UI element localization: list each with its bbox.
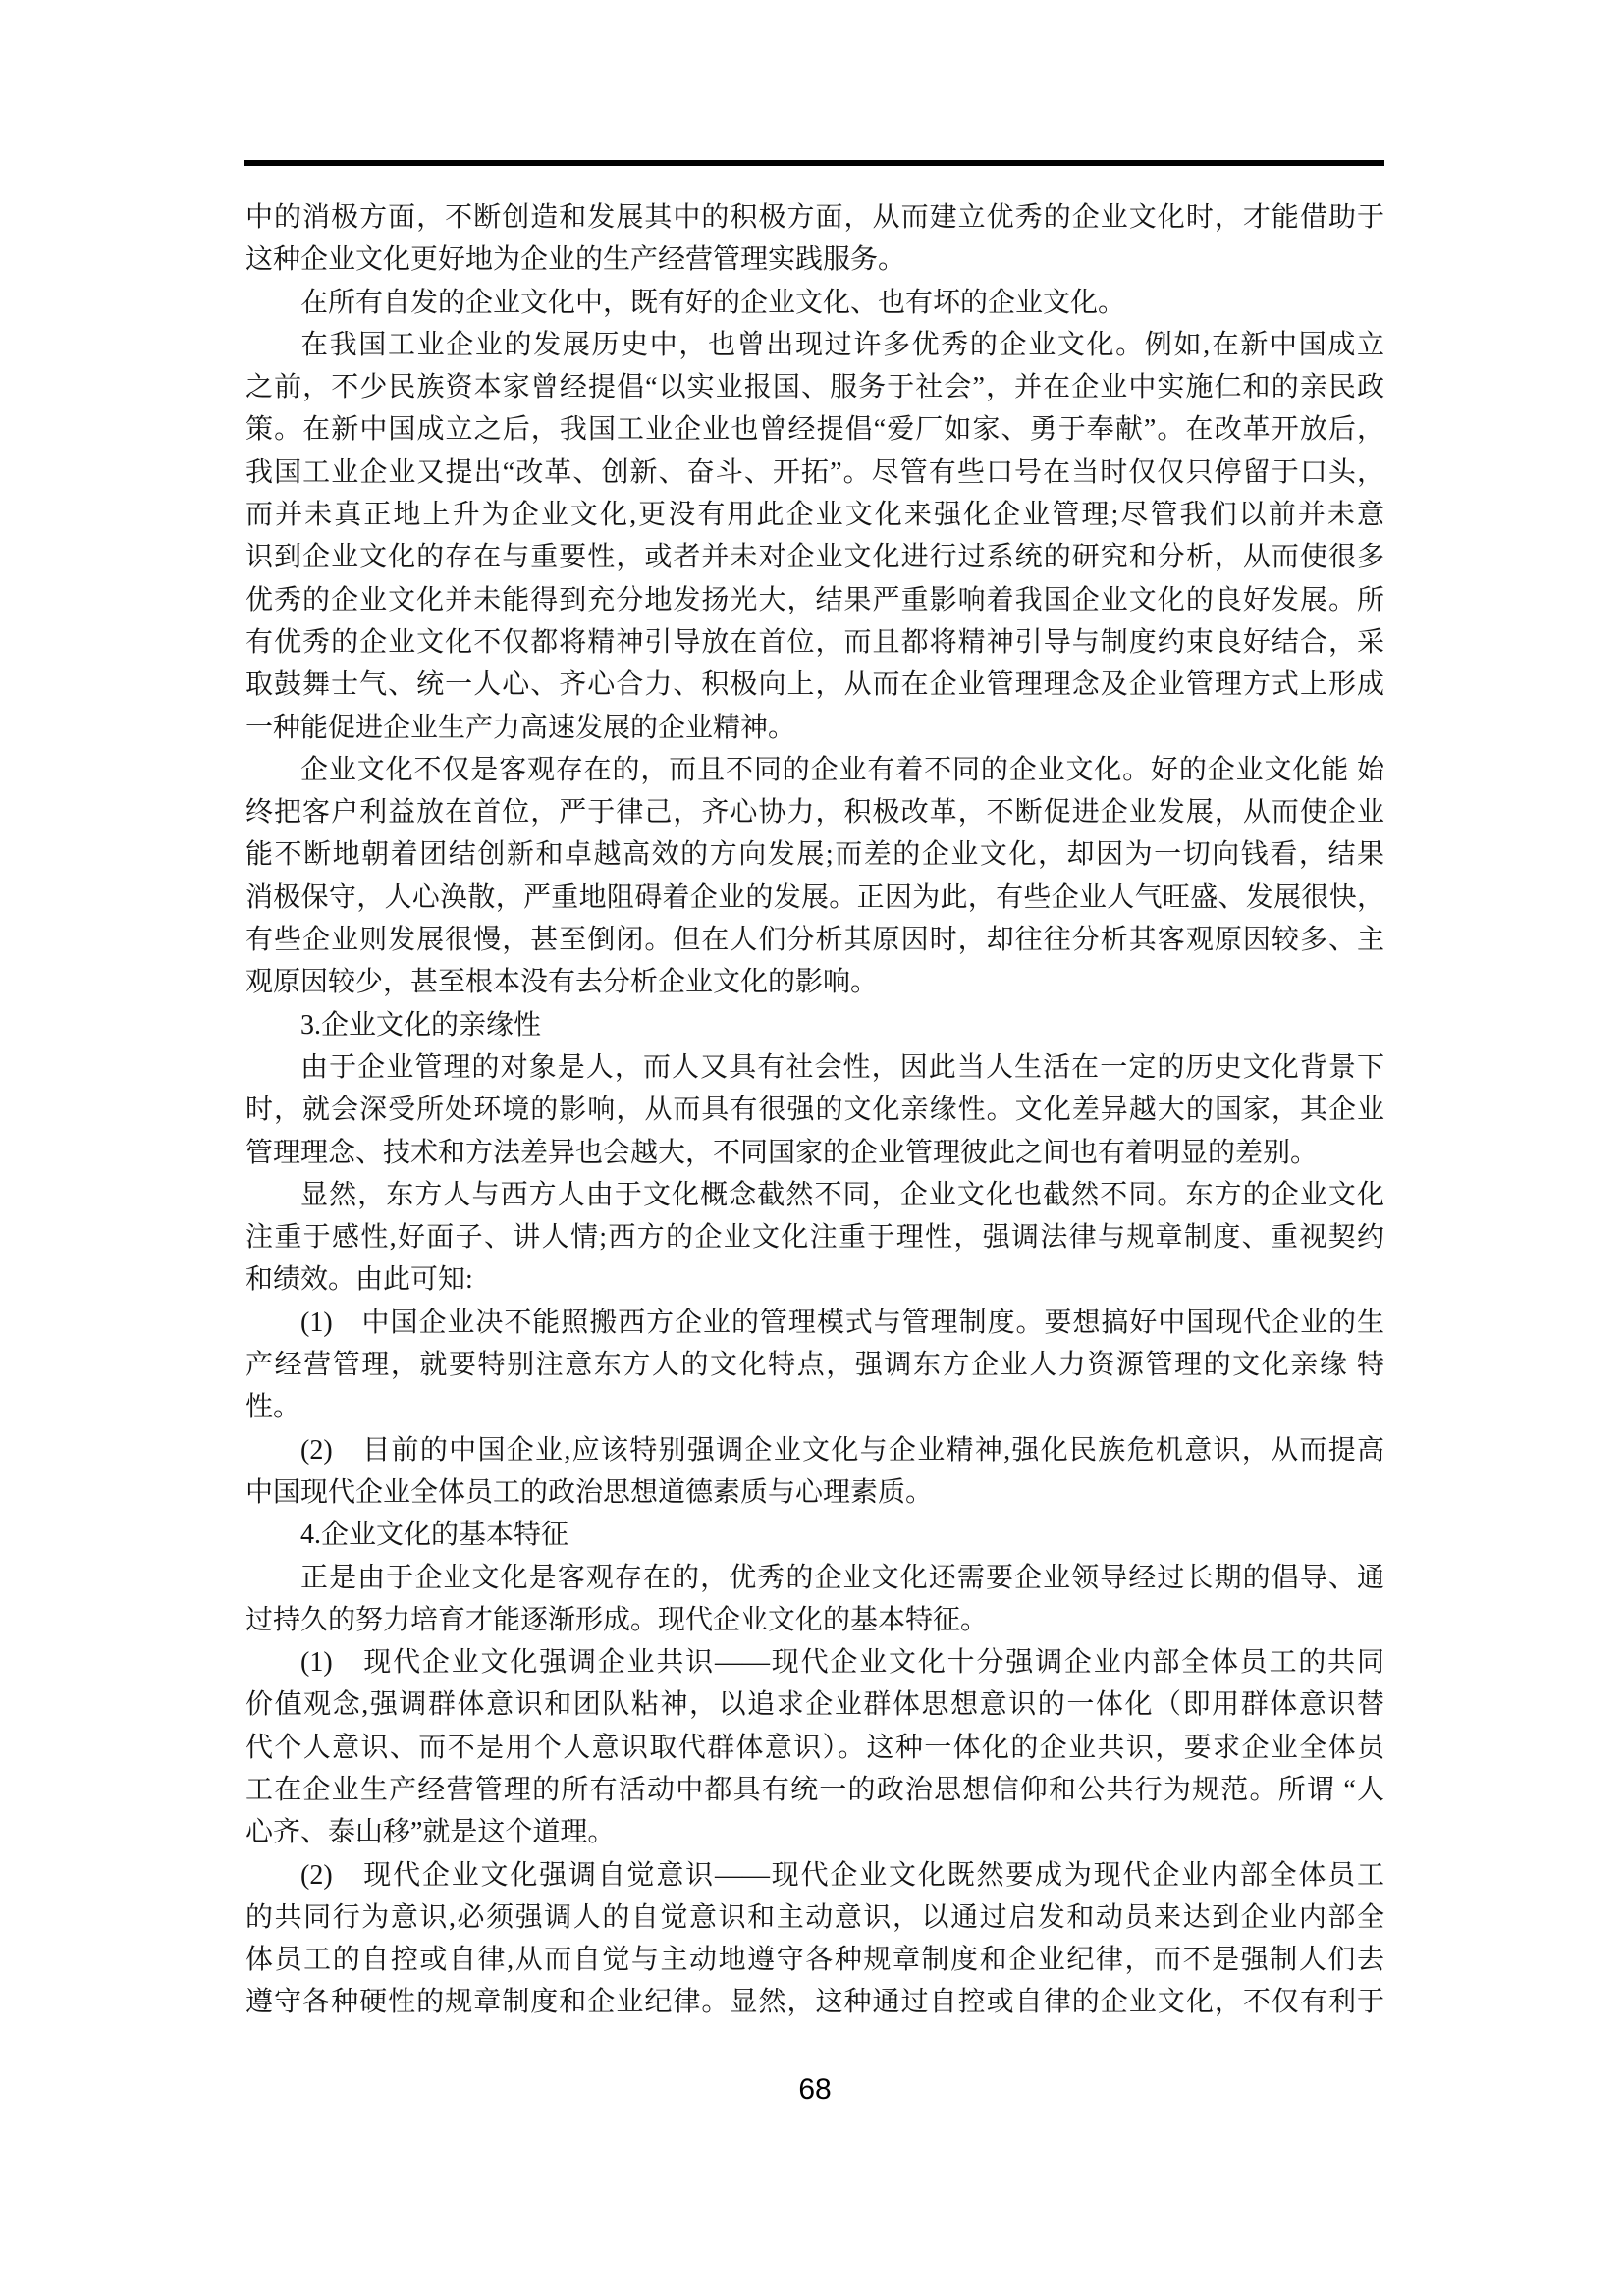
text-line: 体员工的自控或自律,从而自觉与主动地遵守各种规章制度和企业纪律，而不是强制人们去: [245, 1939, 1384, 1981]
text-line: 消极保守，人心涣散，严重地阻碍着企业的发展。正因为此，有些企业人气旺盛、发展很快…: [245, 877, 1384, 919]
text-line: 有些企业则发展很慢，甚至倒闭。但在人们分析其原因时，却往往分析其客观原因较多、主: [245, 919, 1384, 961]
text-line: 而并未真正地上升为企业文化,更没有用此企业文化来强化企业管理;尽管我们以前并未意: [245, 494, 1384, 536]
text-line: 3.企业文化的亲缘性: [245, 1004, 1384, 1046]
text-line: 我国工业企业又提出“改革、创新、奋斗、开拓”。尽管有些口号在当时仅仅只停留于口头…: [245, 452, 1384, 494]
text-line: (2) 现代企业文化强调自觉意识——现代企业文化既然要成为现代企业内部全体员工: [245, 1854, 1384, 1896]
text-line: 优秀的企业文化并未能得到充分地发扬光大，结果严重影响着我国企业文化的良好发展。所: [245, 579, 1384, 621]
text-line: 这种企业文化更好地为企业的生产经营管理实践服务。: [245, 239, 1384, 281]
text-line: 性。: [245, 1386, 1384, 1428]
text-line: 显然，东方人与西方人由于文化概念截然不同，企业文化也截然不同。东方的企业文化: [245, 1174, 1384, 1216]
text-line: 之前，不少民族资本家曾经提倡“以实业报国、服务于社会”，并在企业中实施仁和的亲民…: [245, 366, 1384, 408]
text-line: (2) 目前的中国企业,应该特别强调企业文化与企业精神,强化民族危机意识，从而提…: [245, 1429, 1384, 1471]
text-line: 策。在新中国成立之后，我国工业企业也曾经提倡“爱厂如家、勇于奉献”。在改革开放后…: [245, 408, 1384, 451]
text-line: 和绩效。由此可知:: [245, 1258, 1384, 1301]
text-line: 过持久的努力培育才能逐渐形成。现代企业文化的基本特征。: [245, 1599, 1384, 1641]
text-line: 中的消极方面，不断创造和发展其中的积极方面，从而建立优秀的企业文化时，才能借助于: [245, 196, 1384, 239]
text-line: 在所有自发的企业文化中，既有好的企业文化、也有坏的企业文化。: [245, 282, 1384, 324]
document-page: 中的消极方面，不断创造和发展其中的积极方面，从而建立优秀的企业文化时，才能借助于…: [0, 0, 1624, 2296]
text-line: 管理理念、技术和方法差异也会越大，不同国家的企业管理彼此之间也有着明显的差别。: [245, 1132, 1384, 1174]
text-line: (1) 现代企业文化强调企业共识——现代企业文化十分强调企业内部全体员工的共同: [245, 1641, 1384, 1683]
text-line: 取鼓舞士气、统一人心、齐心合力、积极向上，从而在企业管理理念及企业管理方式上形成: [245, 664, 1384, 706]
text-line: 企业文化不仅是客观存在的，而且不同的企业有着不同的企业文化。好的企业文化能 始: [245, 749, 1384, 791]
text-line: 注重于感性,好面子、讲人情;西方的企业文化注重于理性，强调法律与规章制度、重视契…: [245, 1216, 1384, 1258]
text-line: 有优秀的企业文化不仅都将精神引导放在首位，而且都将精神引导与制度约束良好结合，采: [245, 621, 1384, 664]
text-line: 代个人意识、而不是用个人意识取代群体意识）。这种一体化的企业共识，要求企业全体员: [245, 1727, 1384, 1769]
text-line: 正是由于企业文化是客观存在的，优秀的企业文化还需要企业领导经过长期的倡导、通: [245, 1557, 1384, 1599]
text-line: 在我国工业企业的发展历史中，也曾出现过许多优秀的企业文化。例如,在新中国成立: [245, 324, 1384, 366]
text-line: 能不断地朝着团结创新和卓越高效的方向发展;而差的企业文化，却因为一切向钱看，结果: [245, 833, 1384, 876]
text-line: 价值观念,强调群体意识和团队粘神，以追求企业群体思想意识的一体化（即用群体意识替: [245, 1683, 1384, 1726]
text-line: 终把客户利益放在首位，严于律己，齐心协力，积极改革，不断促进企业发展，从而使企业: [245, 791, 1384, 833]
text-line: 工在企业生产经营管理的所有活动中都具有统一的政治思想信仰和公共行为规范。所谓 “…: [245, 1769, 1384, 1811]
header-rule: [244, 160, 1384, 166]
text-line: 中国现代企业全体员工的政治思想道德素质与心理素质。: [245, 1471, 1384, 1514]
text-line: 遵守各种硬性的规章制度和企业纪律。显然，这种通过自控或自律的企业文化，不仅有利于: [245, 1981, 1384, 2023]
text-line: 观原因较少，甚至根本没有去分析企业文化的影响。: [245, 961, 1384, 1003]
text-line: 心齐、泰山移”就是这个道理。: [245, 1811, 1384, 1853]
text-line: 时，就会深受所处环境的影响，从而具有很强的文化亲缘性。文化差异越大的国家，其企业: [245, 1089, 1384, 1131]
text-line: 产经营管理，就要特别注意东方人的文化特点，强调东方企业人力资源管理的文化亲缘 特: [245, 1344, 1384, 1386]
text-line: 的共同行为意识,必须强调人的自觉意识和主动意识，以通过启发和动员来达到企业内部全: [245, 1896, 1384, 1939]
text-line: (1) 中国企业决不能照搬西方企业的管理模式与管理制度。要想搞好中国现代企业的生: [245, 1302, 1384, 1344]
text-line: 一种能促进企业生产力高速发展的企业精神。: [245, 707, 1384, 749]
text-line: 识到企业文化的存在与重要性，或者并未对企业文化进行过系统的研究和分析，从而使很多: [245, 536, 1384, 578]
text-body: 中的消极方面，不断创造和发展其中的积极方面，从而建立优秀的企业文化时，才能借助于…: [245, 196, 1384, 2024]
text-line: 由于企业管理的对象是人，而人又具有社会性，因此当人生活在一定的历史文化背景下: [245, 1046, 1384, 1089]
page-number: 68: [245, 2073, 1384, 2107]
text-line: 4.企业文化的基本特征: [245, 1514, 1384, 1556]
